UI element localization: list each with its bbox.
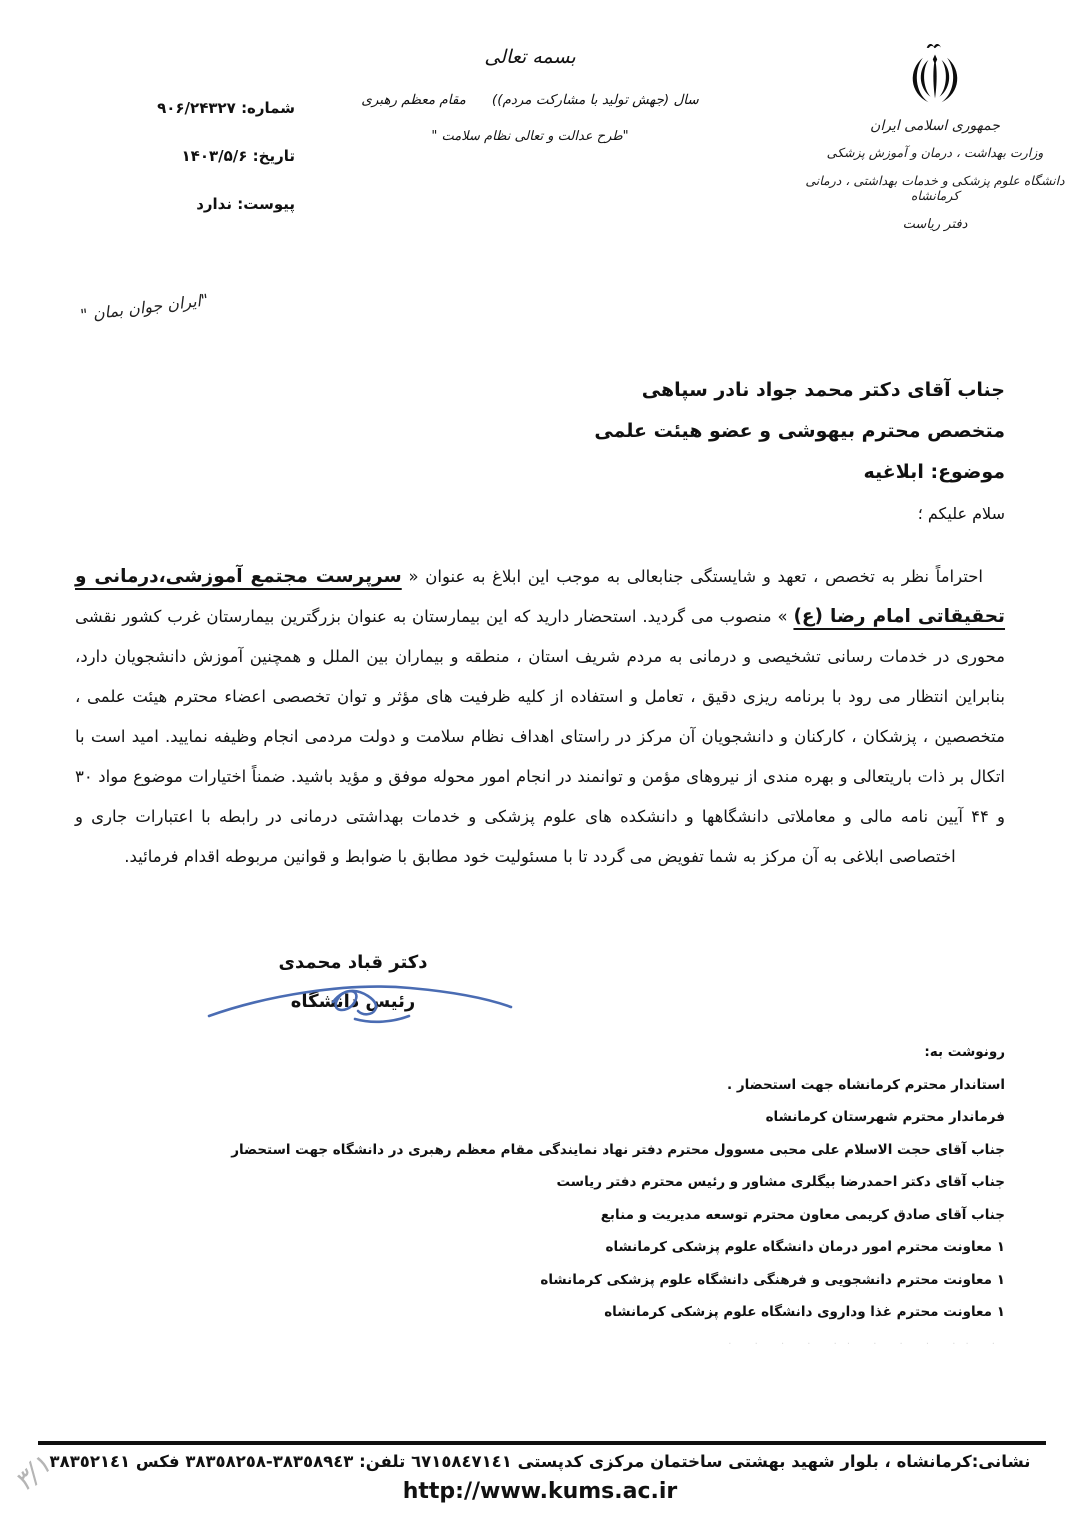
cc-item: جناب آقای حجت الاسلام علی محبی مسوول محت… — [231, 1140, 1005, 1160]
cc-item: فرماندار محترم شهرستان کرمانشاه — [231, 1107, 1005, 1127]
health-plan-slogan: "طرح عدالت و تعالی نظام سلامت " — [355, 129, 705, 144]
cc-item: ۱ معاونت محترم غذا وداروی دانشگاه علوم پ… — [231, 1302, 1005, 1322]
letter-number-value: ۹۰۶/۲۴۳۲۷ — [157, 99, 236, 117]
cc-item: جناب آقای صادق کریمی معاون محترم توسعه م… — [231, 1205, 1005, 1225]
letter-body: احتراماً نظر به تخصص ، تعهد و شایستگی جن… — [75, 557, 1005, 877]
body-closing: » منصوب می گردید. استحضار دارید که این ب… — [75, 607, 1005, 866]
cc-item: ۱ معاونت محترم دانشجویی و فرهنگی دانشگاه… — [231, 1270, 1005, 1290]
letter-date-label: تاریخ: — [253, 147, 295, 165]
iran-emblem-icon — [902, 40, 968, 114]
signer-name: دکتر قباد محمدی — [228, 952, 478, 973]
signature-block: دکتر قباد محمدی رئیس دانشگاه — [228, 952, 478, 1012]
recipient-name: جناب آقای دکتر محمد جواد نادر سپاهی — [594, 370, 1005, 411]
cc-item: استاندار محترم کرمانشاه جهت استحضار . — [231, 1075, 1005, 1095]
cc-list: رونوشت به: استاندار محترم کرمانشاه جهت ا… — [231, 1042, 1005, 1367]
recipient-block: جناب آقای دکتر محمد جواد نادر سپاهی متخص… — [594, 370, 1005, 534]
footer-address: نشانی:کرمانشاه ، بلوار شهید بهشتی ساختما… — [0, 1452, 1080, 1471]
letter-date-value: ۱۴۰۳/۵/۶ — [182, 147, 248, 165]
org-university: دانشگاه علوم پزشکی و خدمات بهداشتی ، درم… — [800, 173, 1070, 203]
org-country: جمهوری اسلامی ایران — [800, 118, 1070, 134]
subject-label: موضوع: — [930, 461, 1005, 483]
letter-attachment-value: ندارد — [196, 195, 232, 213]
footer-divider — [38, 1441, 1046, 1445]
official-letter-page: جمهوری اسلامی ایران وزارت بهداشت ، درمان… — [0, 0, 1080, 1513]
leader-attribution: مقام معظم رهبری — [361, 92, 466, 108]
letter-attachment-label: پیوست: — [237, 195, 295, 213]
body-opening: احتراماً نظر به تخصص ، تعهد و شایستگی جن… — [402, 567, 983, 586]
recipient-role: متخصص محترم بیهوشی و عضو هیئت علمی — [594, 411, 1005, 452]
letterhead-right: جمهوری اسلامی ایران وزارت بهداشت ، درمان… — [800, 40, 1070, 232]
subject-value: ابلاغیه — [864, 461, 924, 483]
signer-title: رئیس دانشگاه — [228, 991, 478, 1012]
year-slogan: سال (جهش تولید با مشارکت مردم)) — [492, 92, 699, 108]
cc-item: جناب آقای دکتر احمدرضا بیگلری مشاور و رئ… — [231, 1172, 1005, 1192]
letter-number-label: شماره: — [241, 99, 295, 117]
letter-date-row: تاریخ: ۱۴۰۳/۵/۶ — [90, 146, 295, 166]
footer-website: http://www.kums.ac.ir — [0, 1479, 1080, 1504]
letter-number-row: شماره: ۹۰۶/۲۴۳۲۷ — [90, 98, 295, 118]
letterhead-center: بسمه تعالی سال (جهش تولید با مشارکت مردم… — [355, 46, 705, 144]
basmala: بسمه تعالی — [355, 46, 705, 68]
cc-heading: رونوشت به: — [231, 1042, 1005, 1062]
year-slogan-line: سال (جهش تولید با مشارکت مردم))مقام معظم… — [355, 92, 705, 108]
cc-item-faded-remnant: · ·· · · · ·· · · · · — [231, 1335, 1005, 1355]
subject-line: موضوع: ابلاغیه — [594, 452, 1005, 493]
org-office: دفتر ریاست — [800, 217, 1070, 232]
iran-stay-young-stamp: "ایران جوان بمان " — [79, 290, 209, 325]
letterhead-left: شماره: ۹۰۶/۲۴۳۲۷ تاریخ: ۱۴۰۳/۵/۶ پیوست: … — [90, 98, 295, 242]
letter-attachment-row: پیوست: ندارد — [90, 194, 295, 214]
cc-item: ۱ معاونت محترم امور درمان دانشگاه علوم پ… — [231, 1237, 1005, 1257]
org-ministry: وزارت بهداشت ، درمان و آموزش پزشکی — [800, 145, 1070, 160]
salutation: سلام علیکم ؛ — [594, 493, 1005, 534]
